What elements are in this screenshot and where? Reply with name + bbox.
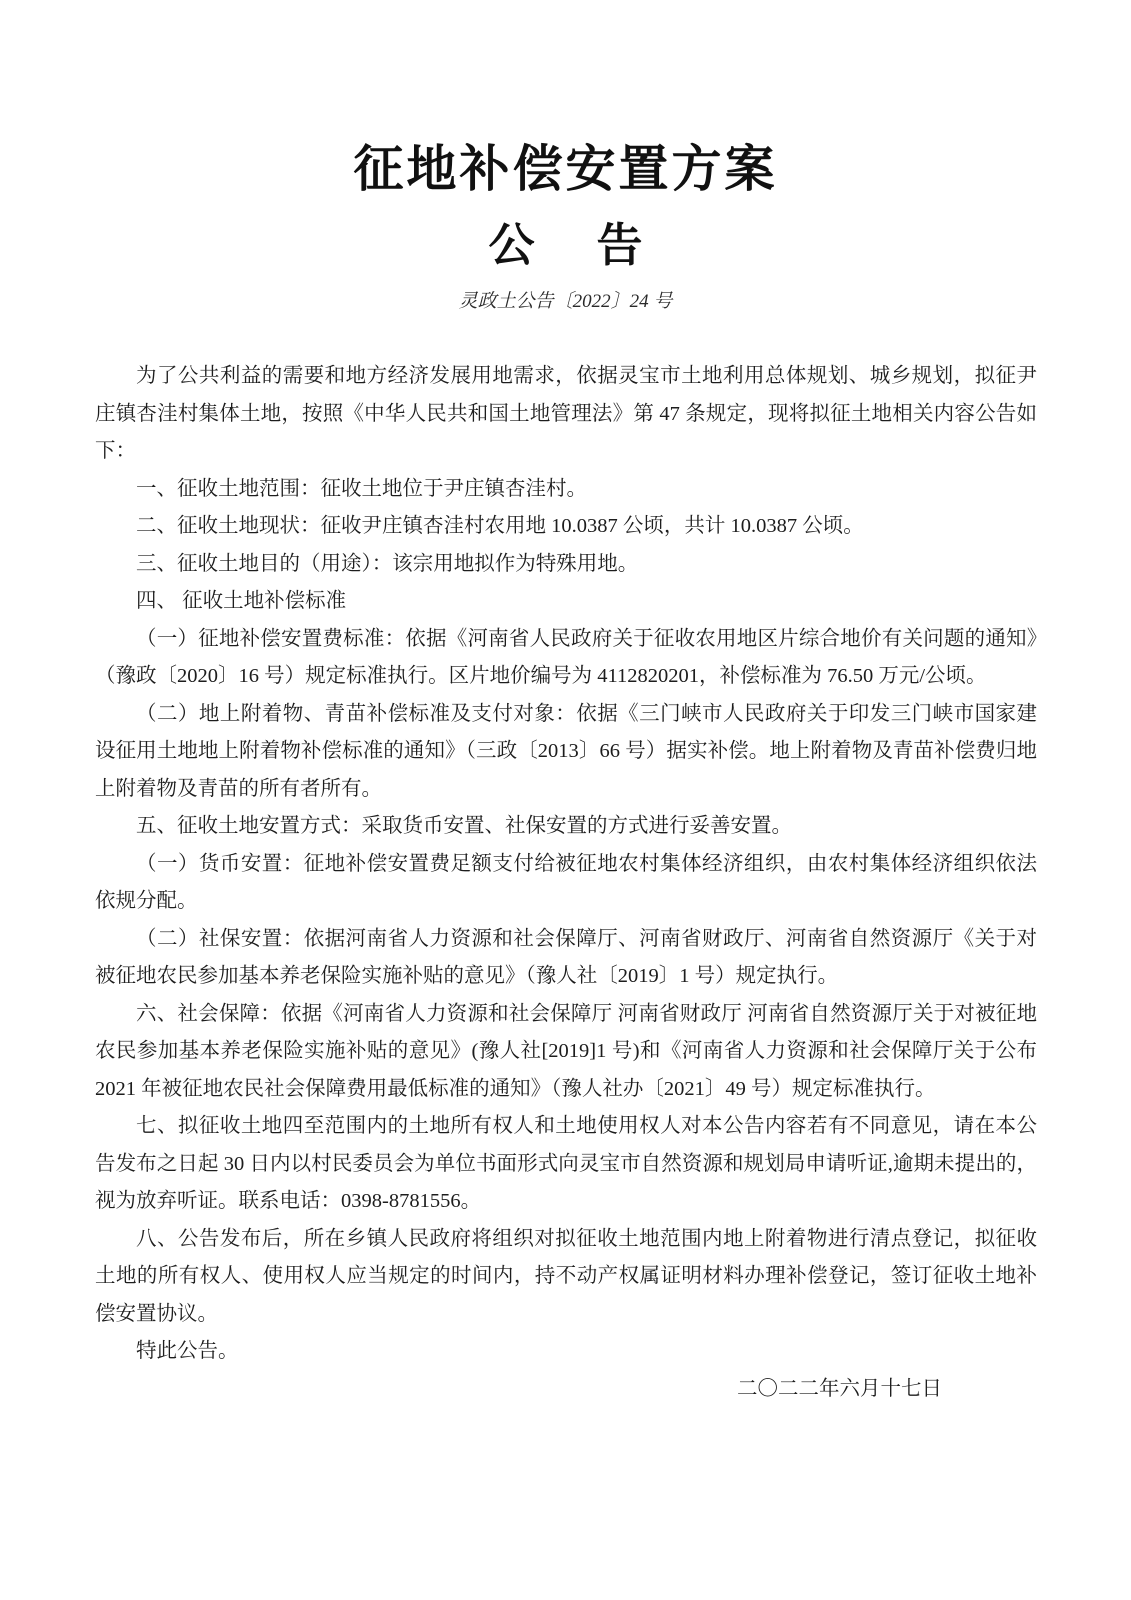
announcement-page: 征地补偿安置方案 公 告 灵政土公告〔2022〕24 号 为了公共利益的需要和地… bbox=[0, 0, 1131, 1600]
page-title: 征地补偿安置方案 bbox=[0, 138, 1131, 200]
body-paragraph: （一）征地补偿安置费标准：依据《河南省人民政府关于征收农用地区片综合地价有关问题… bbox=[95, 621, 1037, 696]
document-body: 为了公共利益的需要和地方经济发展用地需求，依据灵宝市土地利用总体规划、城乡规划，… bbox=[95, 358, 1037, 1408]
body-paragraph: 五、征收土地安置方式：采取货币安置、社保安置的方式进行妥善安置。 bbox=[95, 808, 1037, 846]
body-paragraph: 六、社会保障：依据《河南省人力资源和社会保障厅 河南省财政厅 河南省自然资源厅关… bbox=[95, 996, 1037, 1109]
body-paragraph: 一、征收土地范围：征收土地位于尹庄镇杏洼村。 bbox=[95, 471, 1037, 509]
page-subtitle: 公 告 bbox=[0, 218, 1131, 274]
body-paragraph: 七、拟征收土地四至范围内的土地所有权人和土地使用权人对本公告内容若有不同意见，请… bbox=[95, 1108, 1037, 1221]
body-paragraph: 八、公告发布后，所在乡镇人民政府将组织对拟征收土地范围内地上附着物进行清点登记，… bbox=[95, 1221, 1037, 1334]
body-paragraph: （二）社保安置：依据河南省人力资源和社会保障厅、河南省财政厅、河南省自然资源厅《… bbox=[95, 921, 1037, 996]
body-paragraph: （二）地上附着物、青苗补偿标准及支付对象：依据《三门峡市人民政府关于印发三门峡市… bbox=[95, 696, 1037, 809]
body-paragraph: 为了公共利益的需要和地方经济发展用地需求，依据灵宝市土地利用总体规划、城乡规划，… bbox=[95, 358, 1037, 471]
body-paragraph: 四、 征收土地补偿标准 bbox=[95, 583, 1037, 621]
body-paragraph: 三、征收土地目的（用途）：该宗用地拟作为特殊用地。 bbox=[95, 546, 1037, 584]
issue-date: 二〇二二年六月十七日 bbox=[95, 1371, 1037, 1409]
closing-statement: 特此公告。 bbox=[95, 1333, 1037, 1371]
document-number: 灵政土公告〔2022〕24 号 bbox=[0, 286, 1131, 313]
body-paragraph: 二、征收土地现状：征收尹庄镇杏洼村农用地 10.0387 公顷，共计 10.03… bbox=[95, 508, 1037, 546]
body-paragraph: （一）货币安置：征地补偿安置费足额支付给被征地农村集体经济组织，由农村集体经济组… bbox=[95, 846, 1037, 921]
paragraph-list: 为了公共利益的需要和地方经济发展用地需求，依据灵宝市土地利用总体规划、城乡规划，… bbox=[95, 358, 1037, 1333]
